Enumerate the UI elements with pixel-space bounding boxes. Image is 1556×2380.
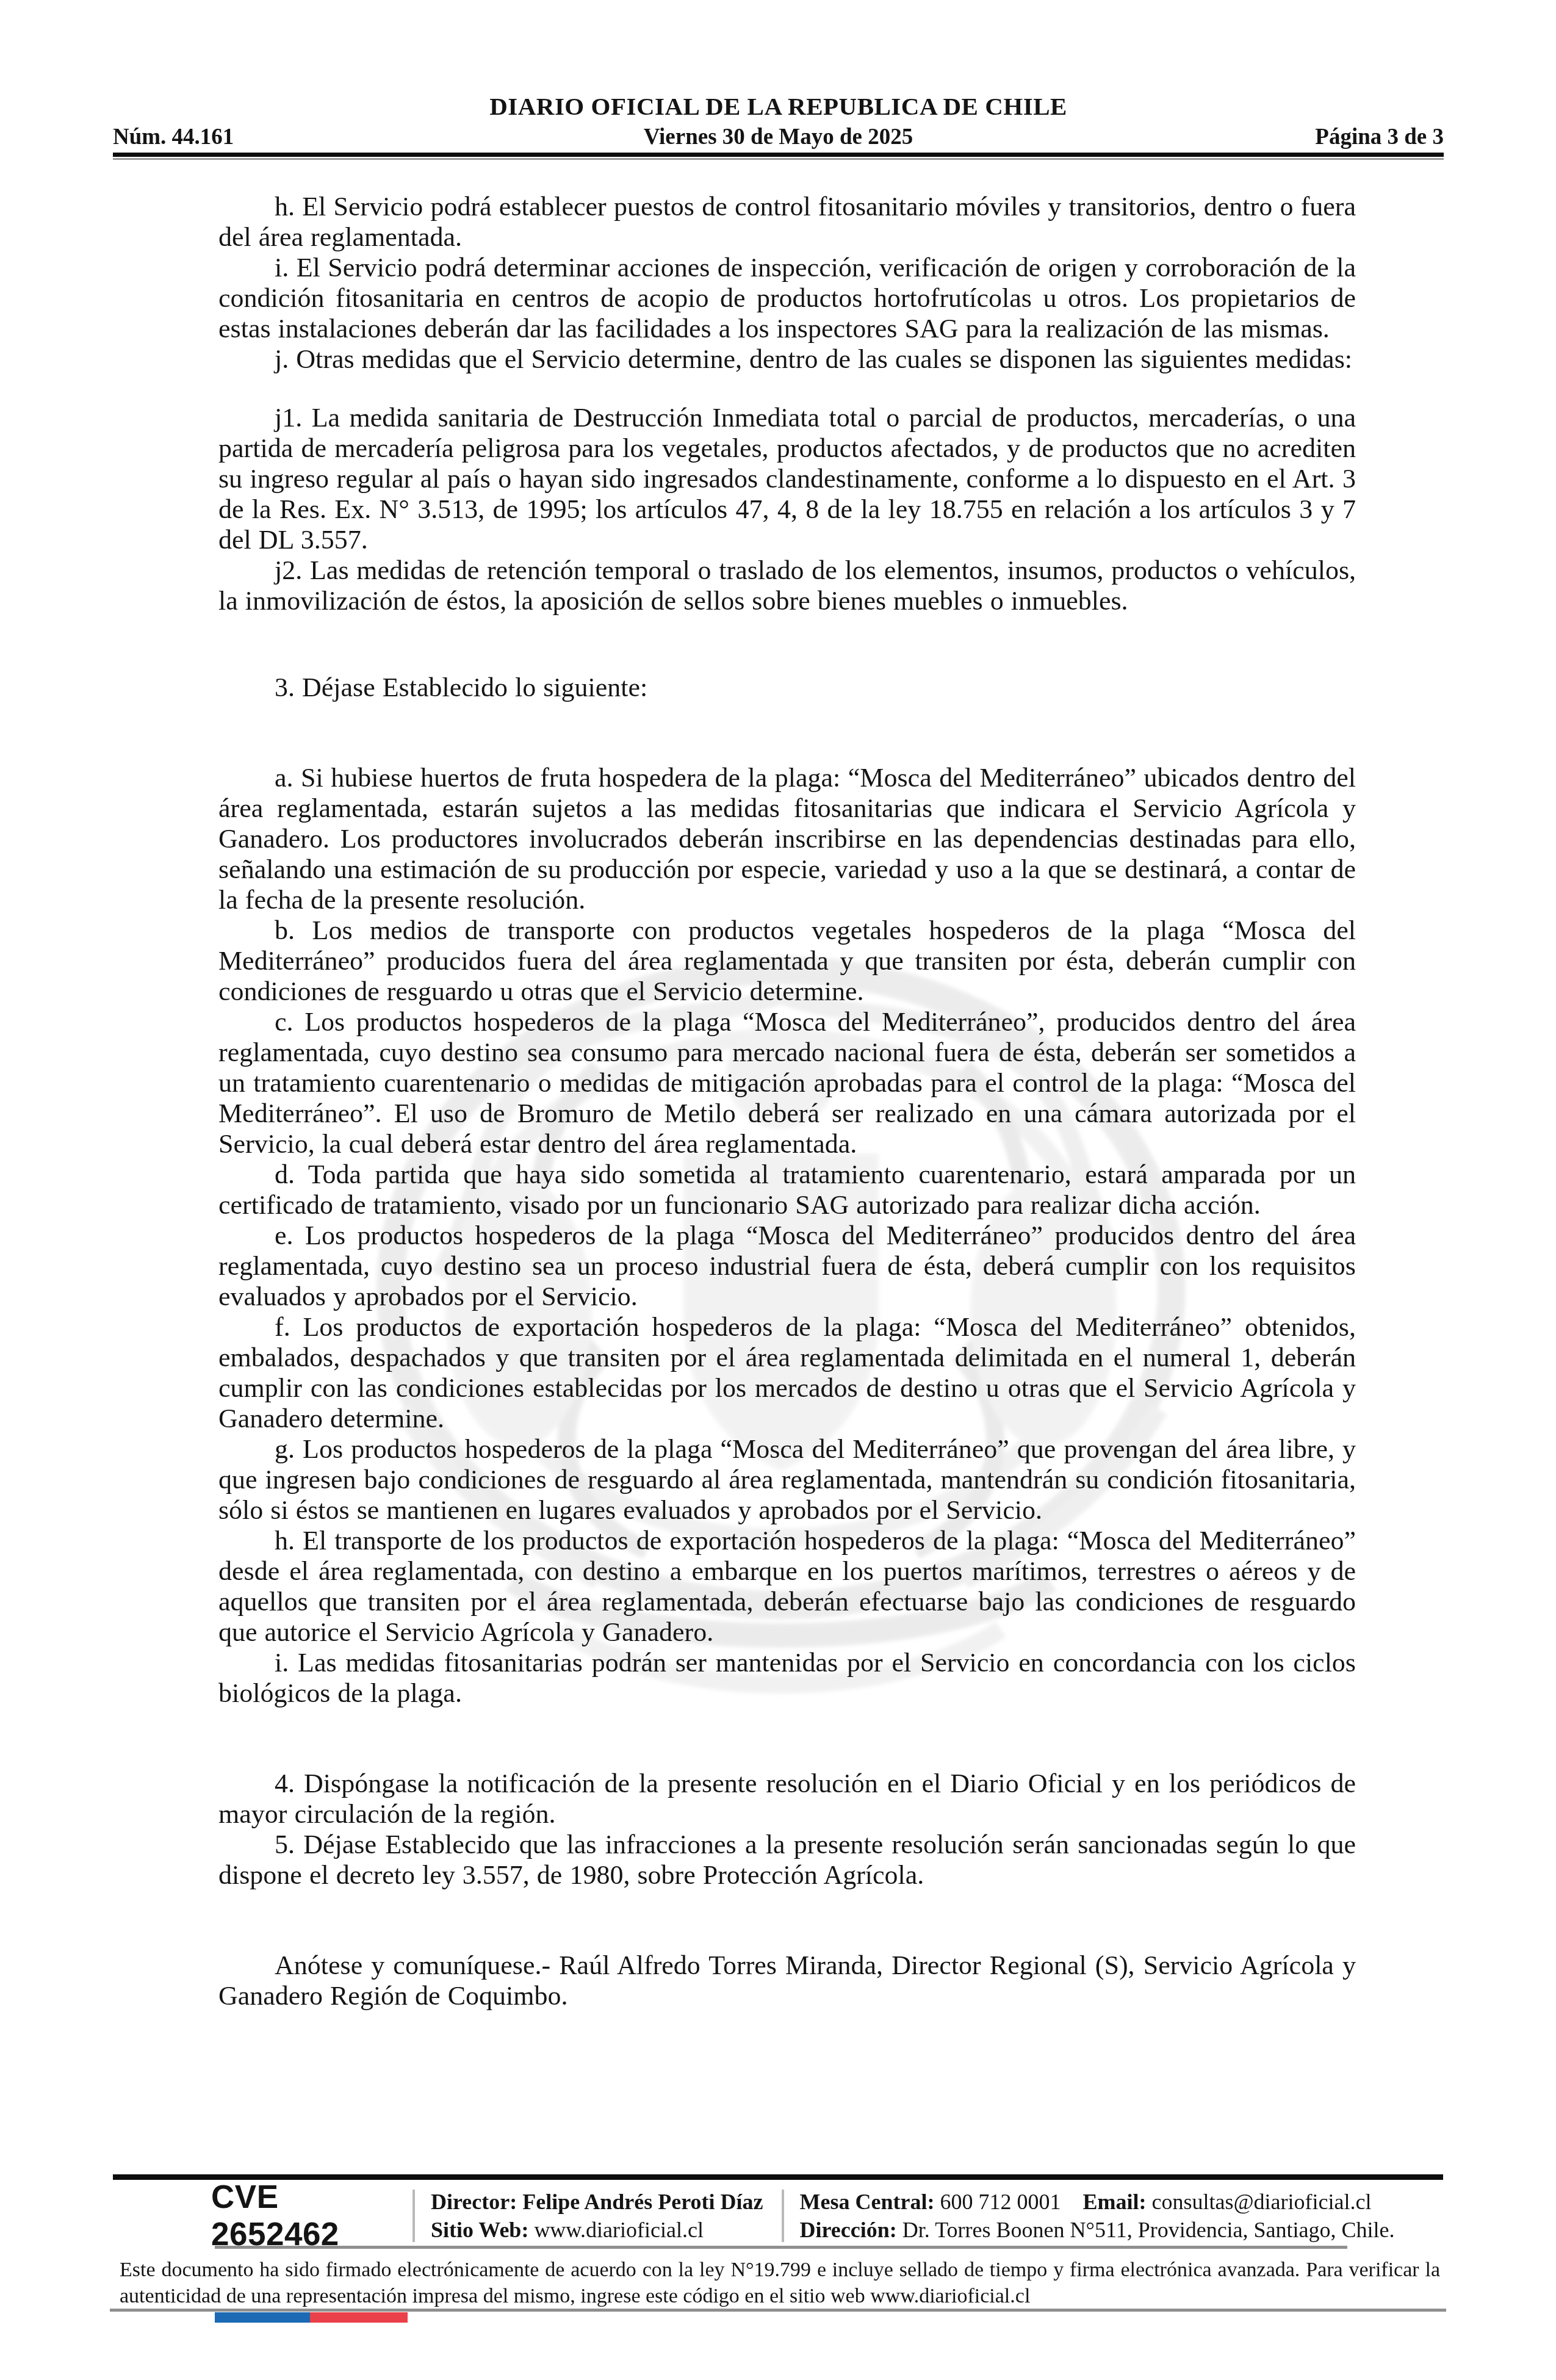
cve-info-bar: CVE 2652462 Director: Felipe Andrés Pero… bbox=[211, 2188, 1407, 2244]
paragraph-i-inspeccion: i. El Servicio podrá determinar acciones… bbox=[218, 253, 1356, 344]
header-divider-rule bbox=[113, 153, 1444, 157]
item-4-notificacion: 4. Dispóngase la notificación de la pres… bbox=[218, 1769, 1356, 1830]
director-line: Director: Felipe Andrés Peroti Díaz bbox=[431, 2188, 763, 2216]
paragraph-h-control: h. El Servicio podrá establecer puestos … bbox=[218, 192, 1356, 253]
footer-gray-rule-top bbox=[215, 2246, 1347, 2249]
paragraph-h-transporte-exportacion: h. El transporte de los productos de exp… bbox=[218, 1526, 1356, 1648]
paragraph-e-proceso-industrial: e. Los productos hospederos de la plaga … bbox=[218, 1221, 1356, 1312]
director-column: Director: Felipe Andrés Peroti Díaz Siti… bbox=[415, 2188, 782, 2244]
paragraph-j-otras-medidas: j. Otras medidas que el Servicio determi… bbox=[218, 344, 1356, 375]
paragraph-a-huertos: a. Si hubiese huertos de fruta hospedera… bbox=[218, 763, 1356, 915]
direccion-value: Dr. Torres Boonen N°511, Providencia, Sa… bbox=[902, 2218, 1395, 2242]
item-5-infracciones: 5. Déjase Establecido que las infraccion… bbox=[218, 1830, 1356, 1891]
email-value: consultas@diarioficial.cl bbox=[1151, 2190, 1371, 2214]
paragraph-i-ciclos-biologicos: i. Las medidas fitosanitarias podrán ser… bbox=[218, 1648, 1356, 1709]
diario-oficial-page: DIARIO OFICIAL DE LA REPUBLICA DE CHILE … bbox=[0, 0, 1556, 2380]
masthead-title: DIARIO OFICIAL DE LA REPUBLICA DE CHILE bbox=[113, 92, 1444, 121]
mesa-central-value: 600 712 0001 bbox=[940, 2190, 1061, 2214]
signature-line: Anótese y comuníquese.- Raúl Alfredo Tor… bbox=[218, 1950, 1356, 2011]
page-number: Página 3 de 3 bbox=[1315, 124, 1444, 150]
footer-gray-rule-bottom bbox=[110, 2309, 1446, 2312]
cve-code: CVE 2652462 bbox=[211, 2179, 412, 2253]
item-3-dejase-establecido: 3. Déjase Establecido lo siguiente: bbox=[218, 673, 1356, 703]
paragraph-j2-retencion: j2. Las medidas de retención temporal o … bbox=[218, 555, 1356, 616]
sitio-web-line: Sitio Web: www.diarioficial.cl bbox=[431, 2216, 763, 2244]
direccion-line: Dirección: Dr. Torres Boonen N°511, Prov… bbox=[800, 2216, 1395, 2244]
paragraph-g-area-libre: g. Los productos hospederos de la plaga … bbox=[218, 1434, 1356, 1526]
email-label: Email: bbox=[1082, 2190, 1146, 2214]
director-label: Director: bbox=[431, 2190, 517, 2214]
edition-date: Viernes 30 de Mayo de 2025 bbox=[113, 124, 1444, 150]
flag-blue-block bbox=[215, 2312, 310, 2323]
director-value: Felipe Andrés Peroti Díaz bbox=[522, 2190, 763, 2214]
contact-column: Mesa Central: 600 712 0001Email: consult… bbox=[784, 2188, 1413, 2244]
electronic-signature-notice: Este documento ha sido firmado electróni… bbox=[120, 2257, 1440, 2309]
paragraph-c-consumo-nacional: c. Los productos hospederos de la plaga … bbox=[218, 1007, 1356, 1159]
direccion-label: Dirección: bbox=[800, 2218, 897, 2242]
paragraph-d-certificado: d. Toda partida que haya sido sometida a… bbox=[218, 1159, 1356, 1221]
flag-red-block bbox=[310, 2312, 408, 2323]
paragraph-f-exportacion: f. Los productos de exportación hospeder… bbox=[218, 1312, 1356, 1434]
paragraph-b-transporte: b. Los medios de transporte con producto… bbox=[218, 915, 1356, 1007]
sitio-web-label: Sitio Web: bbox=[431, 2218, 528, 2242]
resolution-body: h. El Servicio podrá establecer puestos … bbox=[218, 192, 1356, 2011]
chile-flag-mark bbox=[215, 2312, 408, 2323]
sitio-web-value: www.diarioficial.cl bbox=[534, 2218, 704, 2242]
mesa-central-line: Mesa Central: 600 712 0001Email: consult… bbox=[800, 2188, 1395, 2216]
paragraph-j1-destruccion: j1. La medida sanitaria de Destrucción I… bbox=[218, 403, 1356, 555]
mesa-central-label: Mesa Central: bbox=[800, 2190, 935, 2214]
